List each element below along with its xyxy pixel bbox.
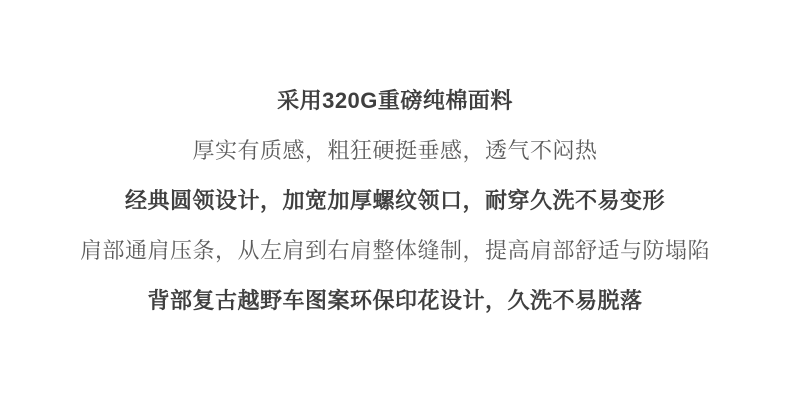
fabric-title: 采用320G重磅纯棉面料 xyxy=(0,76,790,126)
shoulder-description: 肩部通肩压条，从左肩到右肩整体缝制，提高肩部舒适与防塌陷 xyxy=(0,226,790,276)
collar-description: 经典圆领设计，加宽加厚螺纹领口，耐穿久洗不易变形 xyxy=(0,176,790,226)
texture-description: 厚实有质感，粗狂硬挺垂感，透气不闷热 xyxy=(0,126,790,176)
print-description: 背部复古越野车图案环保印花设计，久洗不易脱落 xyxy=(0,276,790,326)
product-description-section: 采用320G重磅纯棉面料 厚实有质感，粗狂硬挺垂感，透气不闷热 经典圆领设计，加… xyxy=(0,0,790,326)
